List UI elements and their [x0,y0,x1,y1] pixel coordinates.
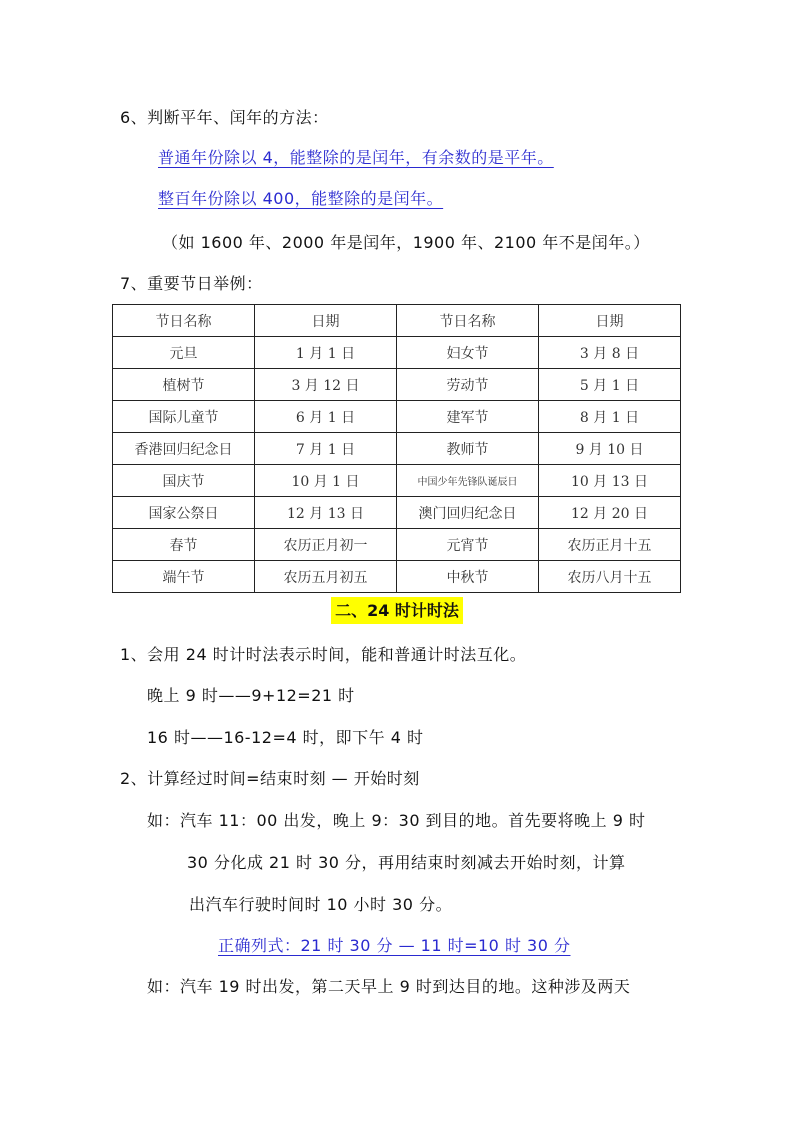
leap-year-rule-1: 普通年份除以 4，能整除的是闰年，有余数的是平年。 [158,148,554,168]
section-heading-24-hour: 二、24 时计时法 [331,597,463,624]
festival-date: 12 月 13 日 [255,497,397,529]
festival-name: 端午节 [113,561,255,593]
table-row: 春节 农历正月初一 元宵节 农历正月十五 [113,529,681,561]
header-cell: 节日名称 [397,305,539,337]
festival-table: 节日名称 日期 节日名称 日期 元旦 1 月 1 日 妇女节 3 月 8 日 植… [112,304,681,593]
correct-formula: 正确列式：21 时 30 分 — 11 时=10 时 30 分 [218,936,570,956]
festival-date: 农历正月十五 [539,529,681,561]
festival-date: 农历五月初五 [255,561,397,593]
festival-name: 元旦 [113,337,255,369]
festival-date: 3 月 8 日 [539,337,681,369]
item1-example-1: 晚上 9 时——9+12=21 时 [147,686,355,706]
table-header-row: 节日名称 日期 节日名称 日期 [113,305,681,337]
festival-date: 1 月 1 日 [255,337,397,369]
festival-date: 3 月 12 日 [255,369,397,401]
festival-name: 澳门回归纪念日 [397,497,539,529]
header-cell: 日期 [255,305,397,337]
header-cell: 日期 [539,305,681,337]
section7-title: 7、重要节日举例： [120,274,263,294]
item2-example-1-line-2: 30 分化成 21 时 30 分，再用结束时刻减去开始时刻，计算 [187,853,626,873]
item2-title: 2、计算经过时间=结束时刻 — 开始时刻 [120,769,420,789]
festival-date: 10 月 13 日 [539,465,681,497]
festival-name: 妇女节 [397,337,539,369]
festival-name: 建军节 [397,401,539,433]
festival-date: 12 月 20 日 [539,497,681,529]
festival-date: 9 月 10 日 [539,433,681,465]
item2-example-1-line-1: 如：汽车 11：00 出发，晚上 9：30 到目的地。首先要将晚上 9 时 [147,811,645,831]
festival-date: 农历八月十五 [539,561,681,593]
festival-date: 10 月 1 日 [255,465,397,497]
festival-name: 国际儿童节 [113,401,255,433]
table-row: 香港回归纪念日 7 月 1 日 教师节 9 月 10 日 [113,433,681,465]
item2-example-2-line-1: 如：汽车 19 时出发，第二天早上 9 时到达目的地。这种涉及两天 [147,977,630,997]
festival-name: 劳动节 [397,369,539,401]
festival-name: 元宵节 [397,529,539,561]
festival-date: 农历正月初一 [255,529,397,561]
festival-name: 春节 [113,529,255,561]
item2-example-1-line-3: 出汽车行驶时间时 10 小时 30 分。 [189,895,452,915]
item1-title: 1、会用 24 时计时法表示时间，能和普通计时法互化。 [120,645,526,665]
item1-example-2: 16 时——16-12=4 时，即下午 4 时 [147,728,423,748]
leap-year-rule-2: 整百年份除以 400，能整除的是闰年。 [158,189,443,209]
table-row: 国庆节 10 月 1 日 中国少年先锋队诞辰日 10 月 13 日 [113,465,681,497]
table-row: 国际儿童节 6 月 1 日 建军节 8 月 1 日 [113,401,681,433]
table-row: 端午节 农历五月初五 中秋节 农历八月十五 [113,561,681,593]
festival-date: 6 月 1 日 [255,401,397,433]
festival-name: 植树节 [113,369,255,401]
festival-date: 7 月 1 日 [255,433,397,465]
festival-name: 教师节 [397,433,539,465]
festival-name: 国家公祭日 [113,497,255,529]
festival-name: 国庆节 [113,465,255,497]
festival-name: 中国少年先锋队诞辰日 [397,465,539,497]
table-row: 植树节 3 月 12 日 劳动节 5 月 1 日 [113,369,681,401]
festival-date: 8 月 1 日 [539,401,681,433]
table-row: 国家公祭日 12 月 13 日 澳门回归纪念日 12 月 20 日 [113,497,681,529]
table-row: 元旦 1 月 1 日 妇女节 3 月 8 日 [113,337,681,369]
header-cell: 节日名称 [113,305,255,337]
leap-year-example: （如 1600 年、2000 年是闰年，1900 年、2100 年不是闰年。） [162,233,650,253]
festival-name: 香港回归纪念日 [113,433,255,465]
festival-date: 5 月 1 日 [539,369,681,401]
section6-title: 6、判断平年、闰年的方法： [120,108,329,128]
festival-name: 中秋节 [397,561,539,593]
